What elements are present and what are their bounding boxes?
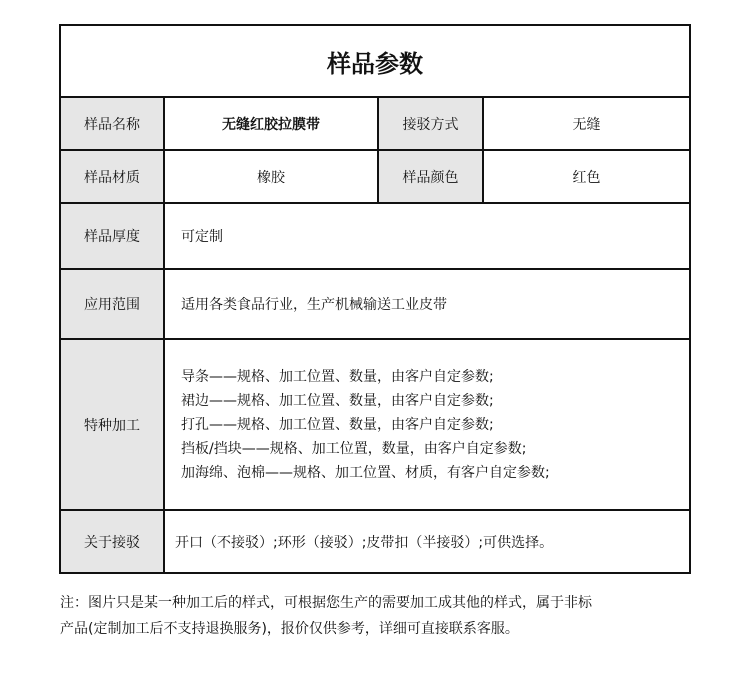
list-item: 加海绵、泡棉——规格、加工位置、材质，有客户自定参数; (181, 461, 550, 485)
list-item: 裙边——规格、加工位置、数量，由客户自定参数; (181, 389, 494, 413)
special-processing-list: 导条——规格、加工位置、数量，由客户自定参数; 裙边——规格、加工位置、数量，由… (165, 340, 689, 509)
label-application: 应用范围 (61, 270, 163, 338)
label-about-splice: 关于接驳 (61, 511, 163, 572)
value-material: 橡胶 (165, 151, 377, 202)
value-color: 红色 (484, 151, 689, 202)
value-splice-method: 无缝 (484, 98, 689, 149)
label-sample-name: 样品名称 (61, 98, 163, 149)
label-special-processing: 特种加工 (61, 340, 163, 509)
disclaimer-note: 注：图片只是某一种加工后的样式，可根据您生产的需要加工成其他的样式，属于非标 产… (60, 590, 700, 642)
column-divider (163, 98, 165, 572)
list-item: 挡板/挡块——规格、加工位置，数量，由客户自定参数; (181, 437, 526, 461)
list-item: 打孔——规格、加工位置、数量，由客户自定参数; (181, 413, 494, 437)
table-title: 样品参数 (61, 26, 689, 96)
value-sample-name: 无缝红胶拉膜带 (165, 98, 377, 149)
value-about-splice: 开口（不接驳）;环形（接驳）;皮带扣（半接驳）;可供选择。 (165, 511, 689, 572)
label-color: 样品颜色 (379, 151, 482, 202)
sample-parameters-table: 样品参数 样品名称 无缝红胶拉膜带 接驳方式 无缝 样品材质 橡胶 样品颜色 红… (59, 24, 691, 574)
value-application: 适用各类食品行业，生产机械输送工业皮带 (165, 270, 689, 338)
list-item: 导条——规格、加工位置、数量，由客户自定参数; (181, 365, 494, 389)
column-divider (377, 98, 379, 202)
column-divider (482, 98, 484, 202)
label-thickness: 样品厚度 (61, 204, 163, 268)
label-splice-method: 接驳方式 (379, 98, 482, 149)
note-line: 产品(定制加工后不支持退换服务)，报价仅供参考，详细可直接联系客服。 (60, 616, 700, 642)
label-material: 样品材质 (61, 151, 163, 202)
value-thickness: 可定制 (165, 204, 689, 268)
note-line: 注：图片只是某一种加工后的样式，可根据您生产的需要加工成其他的样式，属于非标 (60, 590, 700, 616)
